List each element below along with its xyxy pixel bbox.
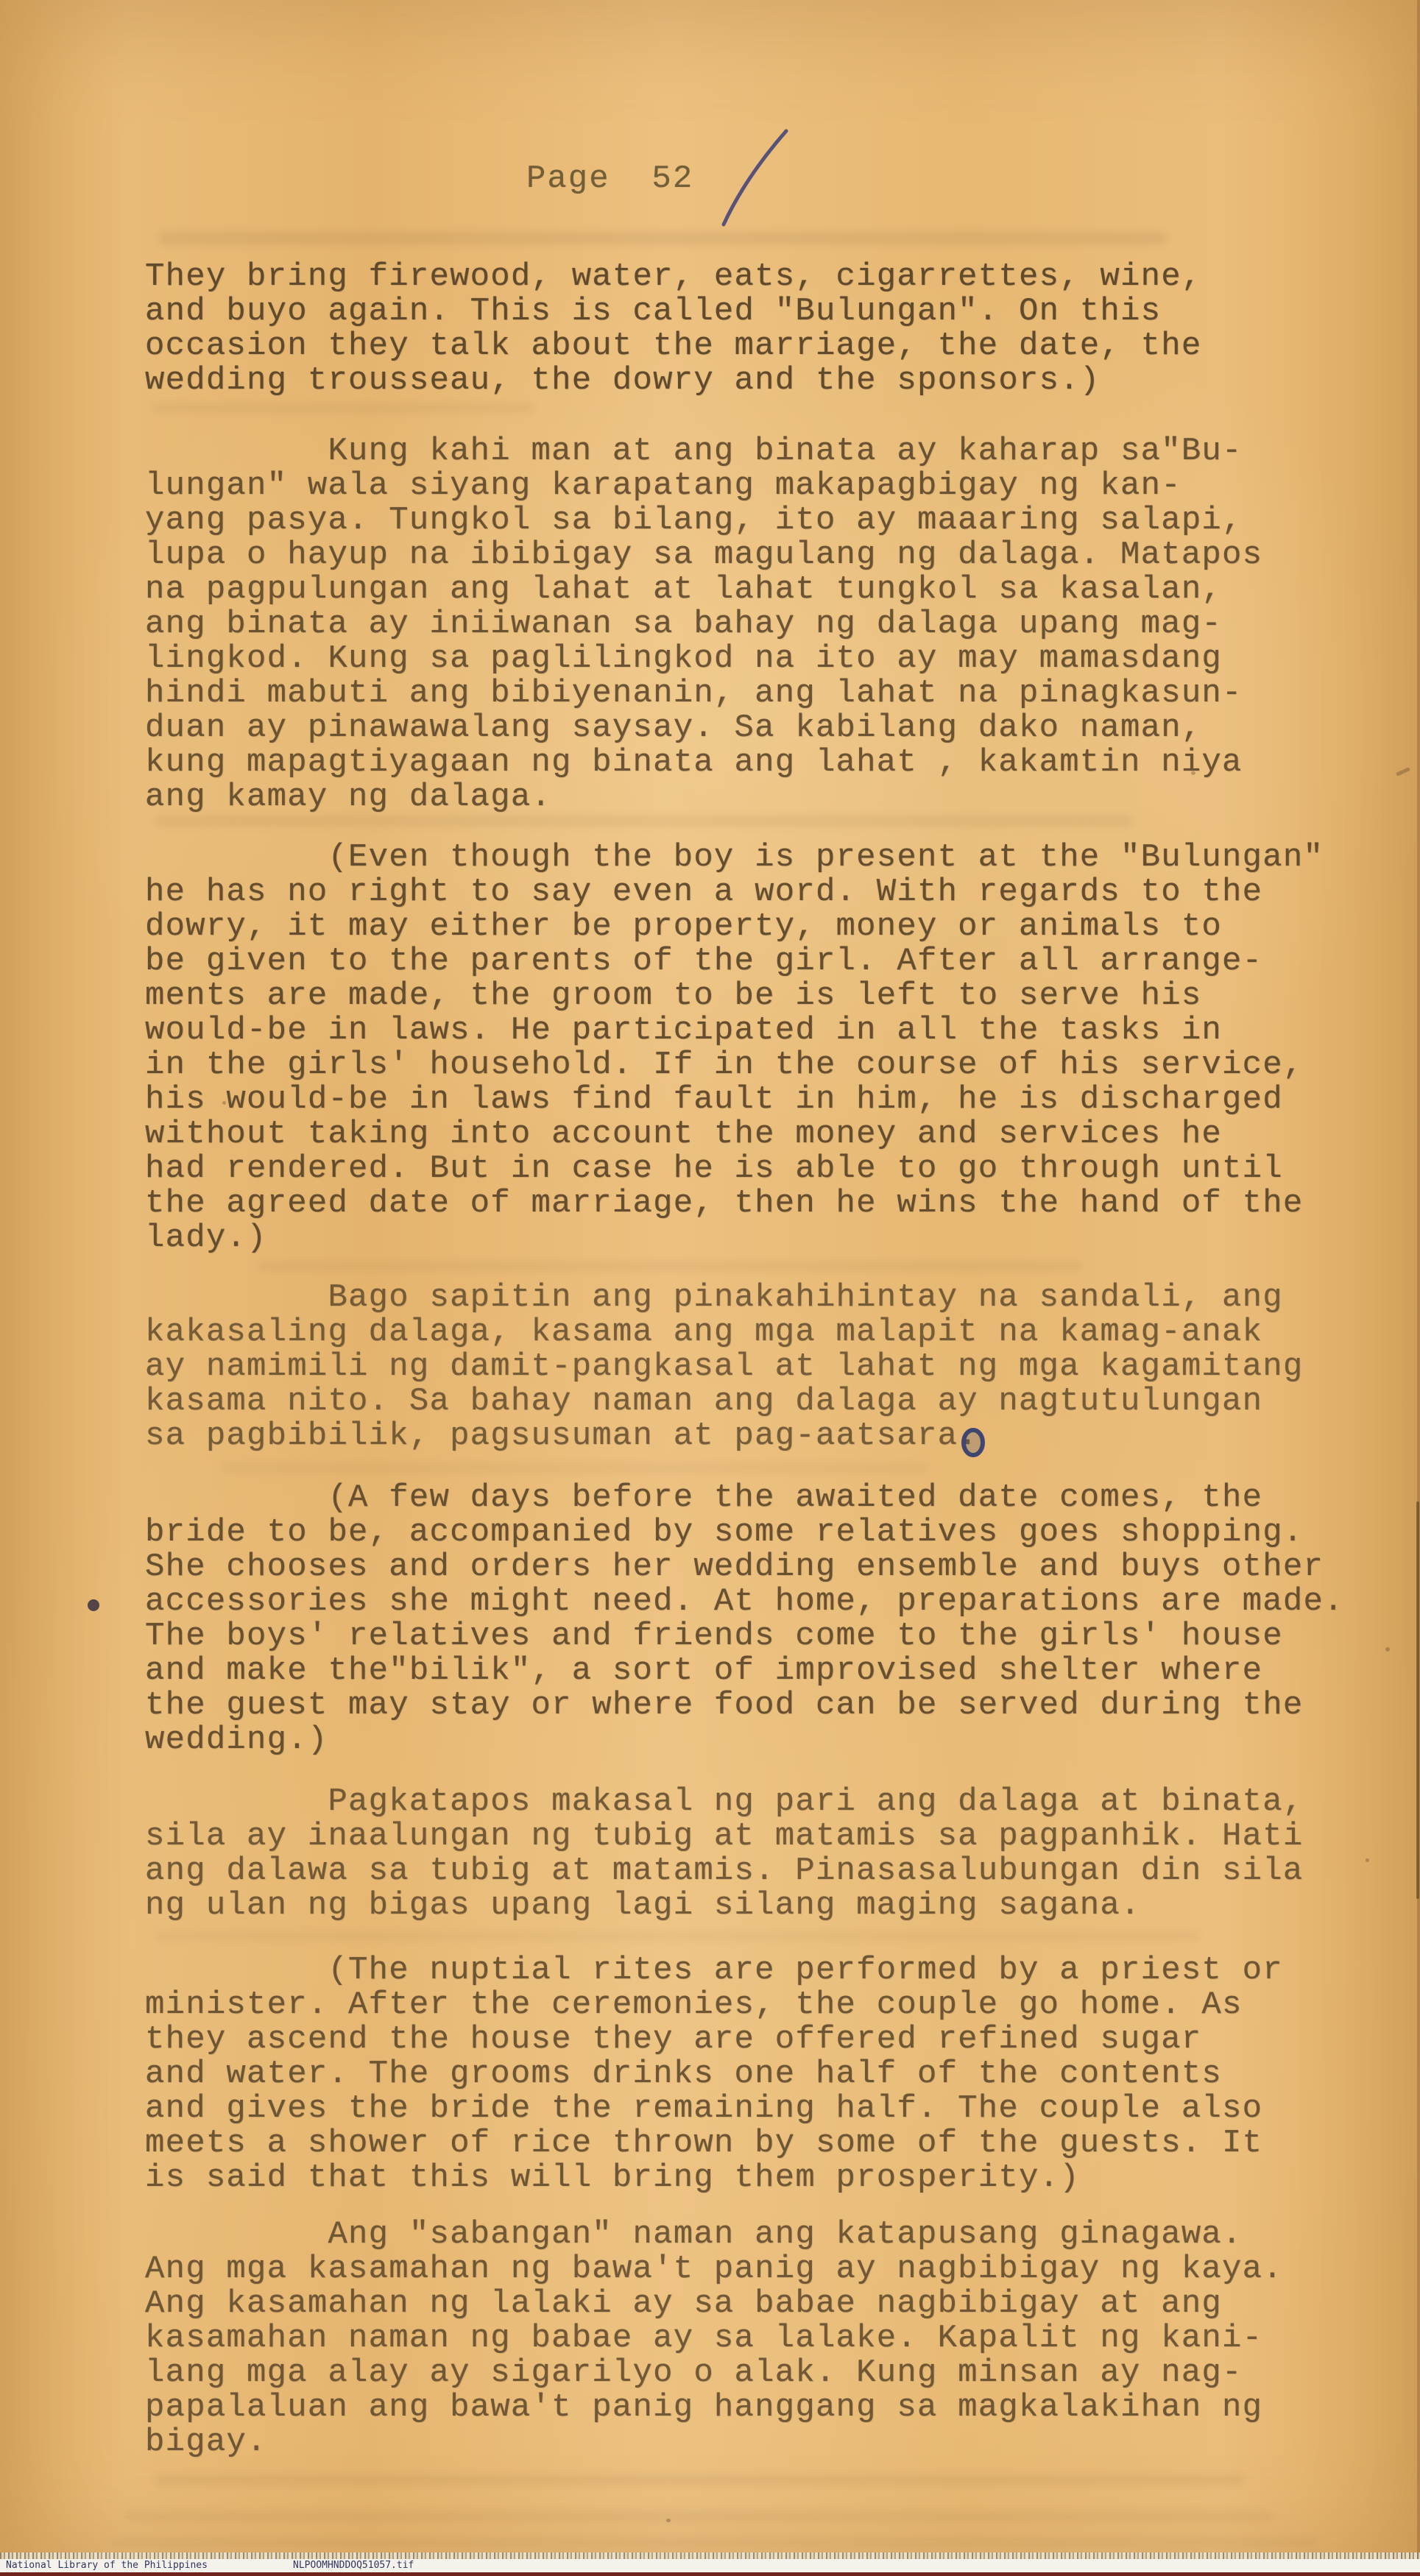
- bleedthrough-smudge: [158, 232, 1167, 244]
- bleedthrough-smudge: [151, 403, 534, 413]
- scan-footer-speckle-edge: [0, 2552, 1420, 2559]
- paragraph-3: (Even though the boy is present at the "…: [145, 841, 1324, 1256]
- page-number-label: Page 52: [526, 162, 693, 197]
- scan-footer-bottom-line: [0, 2572, 1420, 2576]
- paragraph-7: (The nuptial rites are performed by a pr…: [145, 1953, 1283, 2195]
- paragraph-1: They bring firewood, water, eats, cigarr…: [145, 260, 1201, 398]
- footer-filename: NLPOOMHNDDOQ51057.tif: [293, 2561, 414, 2571]
- bleedthrough-smudge: [258, 1262, 1082, 1271]
- paper-speck: [666, 2519, 671, 2522]
- bleedthrough-smudge: [221, 1463, 928, 1473]
- footer-library-label: National Library of the Philippines: [6, 2561, 208, 2571]
- paper-speck: [1366, 1858, 1369, 1862]
- scan-footer-bar: National Library of the Philippines NLPO…: [0, 2559, 1420, 2572]
- bleedthrough-smudge: [110, 2538, 1318, 2547]
- paragraph-4: Bago sapitin ang pinakahihintay na sanda…: [145, 1281, 1303, 1454]
- paper-speck: [1385, 1647, 1390, 1652]
- paragraph-5: (A few days before the awaited date come…: [145, 1481, 1344, 1758]
- bleedthrough-smudge: [155, 2474, 1244, 2485]
- paragraph-2: Kung kahi man at ang binata ay kaharap s…: [145, 434, 1262, 815]
- bleedthrough-smudge: [155, 1931, 1200, 1941]
- paragraph-6: Pagkatapos makasal ng pari ang dalaga at…: [145, 1785, 1303, 1923]
- paragraph-8: Ang "sabangan" naman ang katapusang gina…: [145, 2218, 1283, 2460]
- bleedthrough-smudge: [155, 815, 1134, 827]
- scanned-document-page: { "document": { "page_label": "Page 52",…: [0, 0, 1420, 2576]
- scan-right-edge-shadow: [1416, 1501, 1419, 1899]
- bleedthrough-smudge: [125, 2511, 1274, 2522]
- scan-right-edge: [1417, 0, 1420, 2576]
- scan-footer: National Library of the Philippines NLPO…: [0, 2552, 1420, 2576]
